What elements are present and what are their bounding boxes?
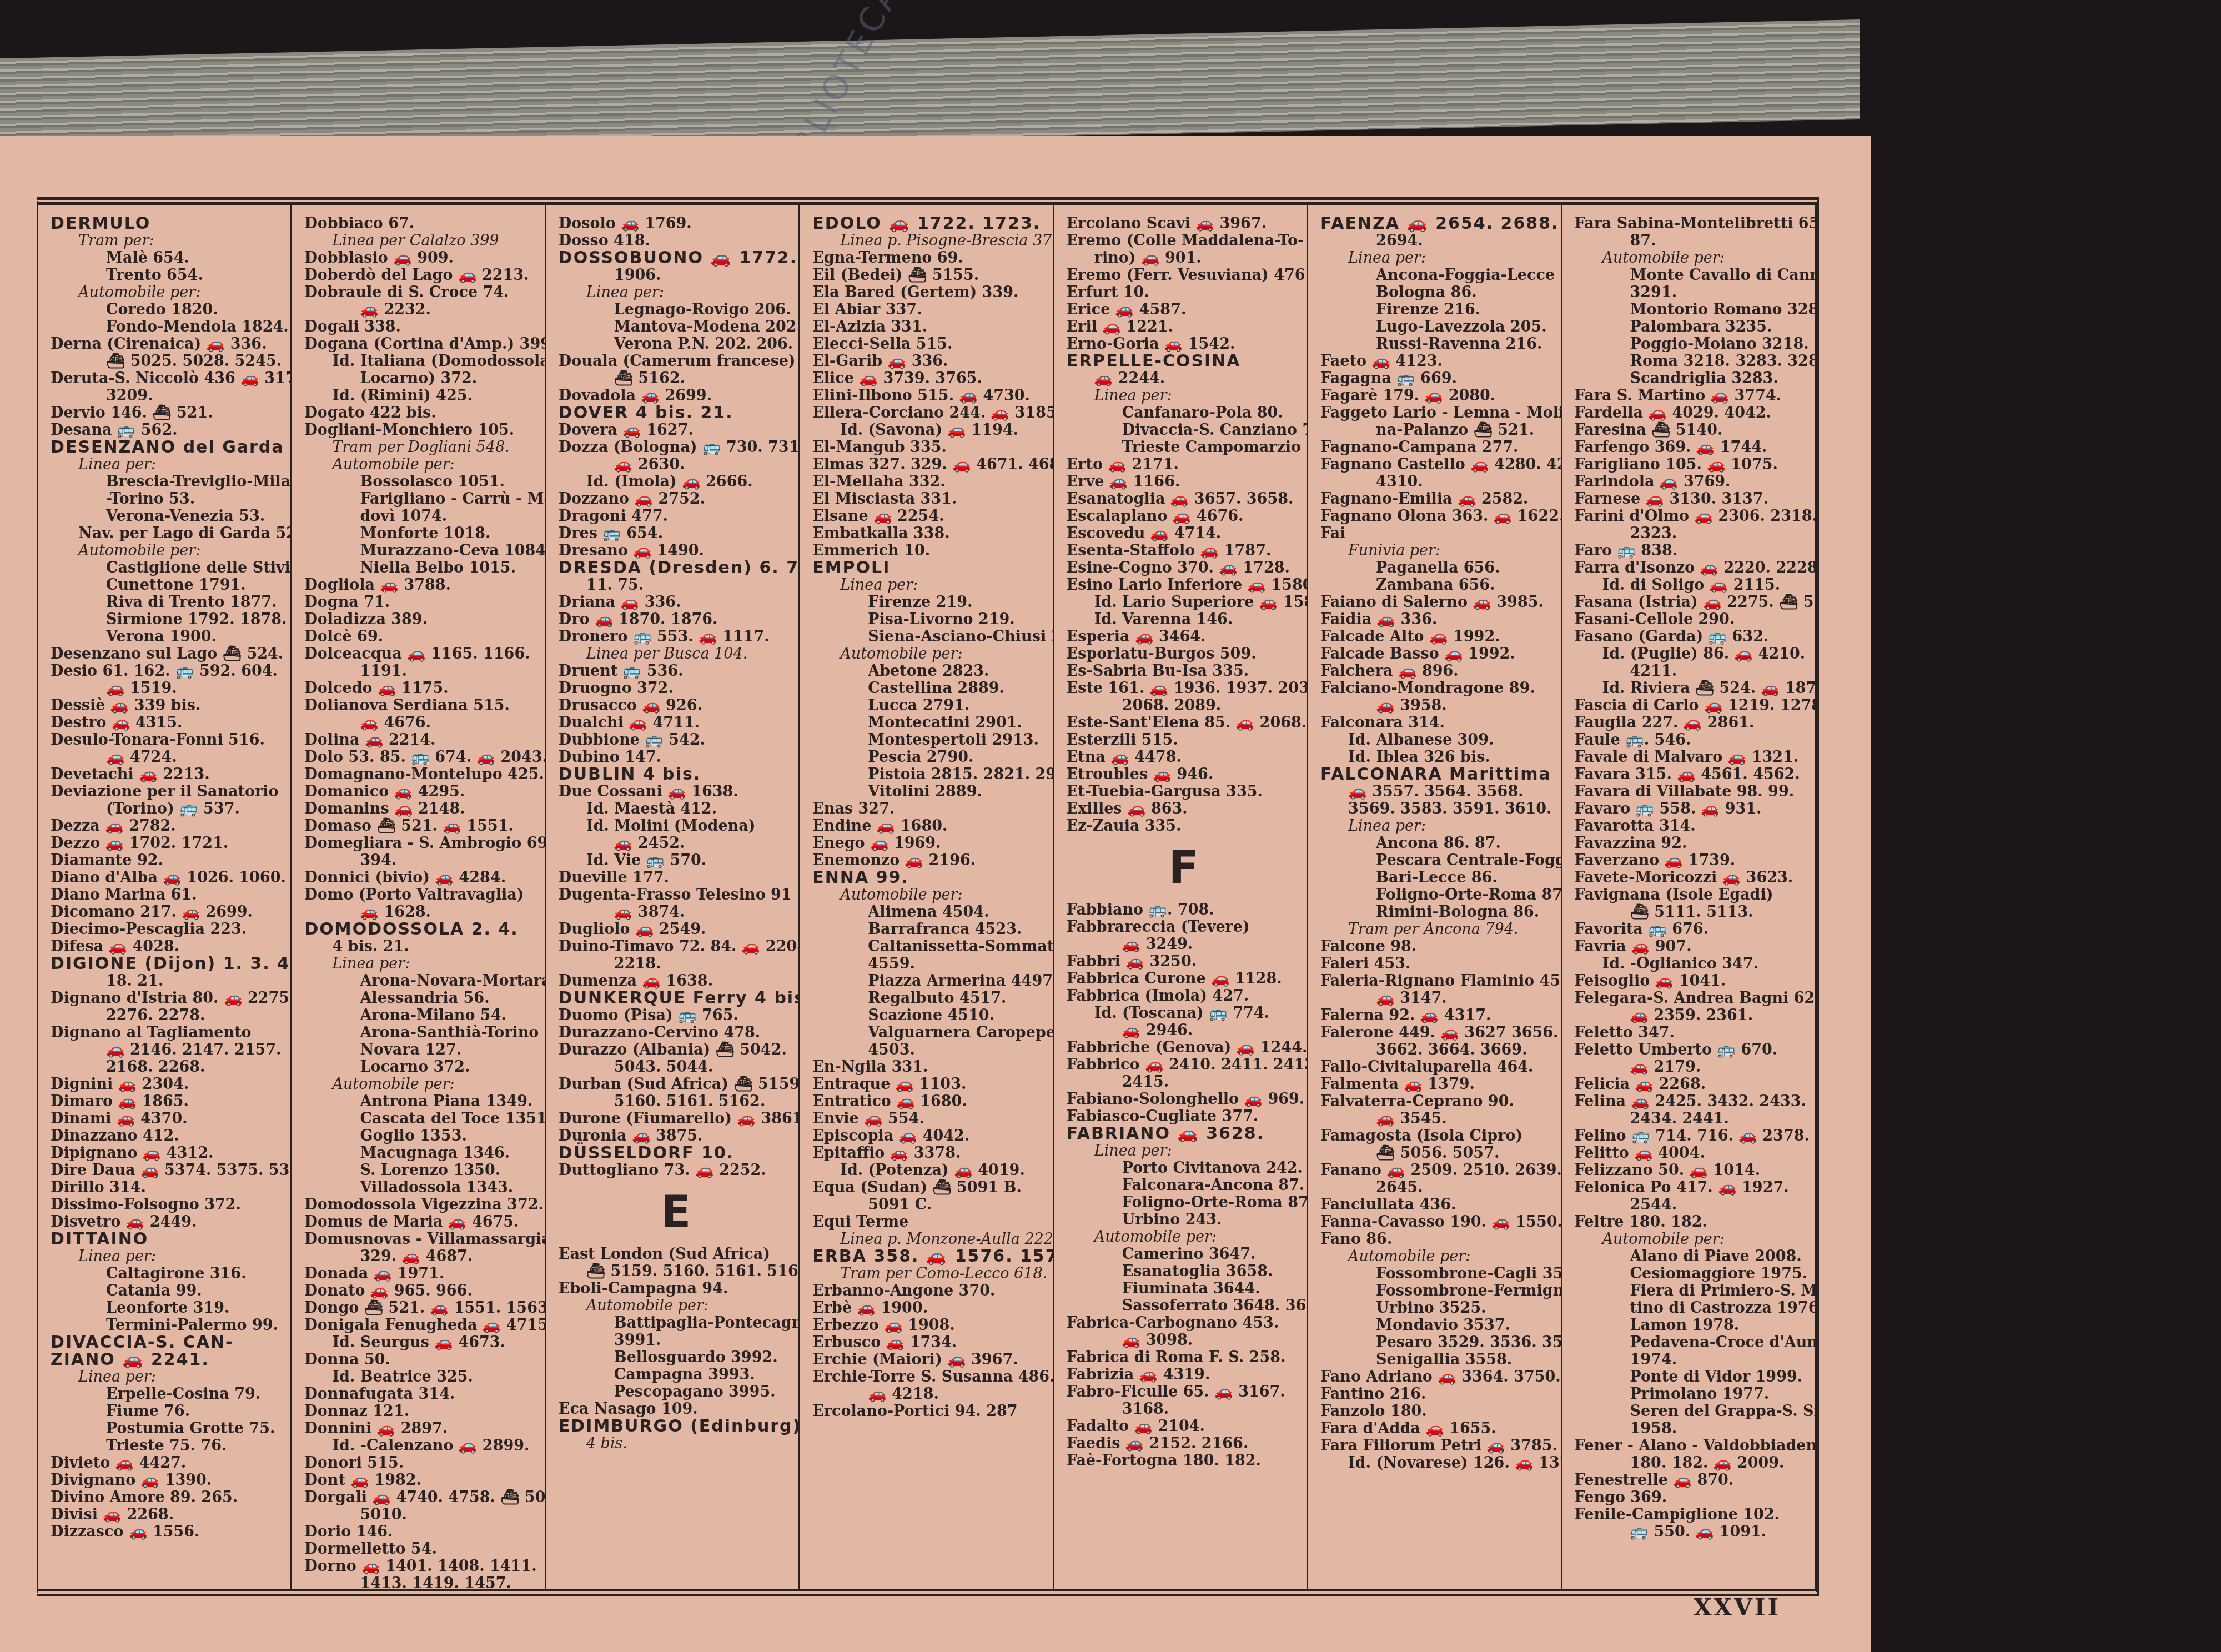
index-entry: Elsane 🚗 2254. [812, 508, 1047, 525]
index-entry: Feletto 347. [1575, 1024, 1809, 1041]
index-entry: 2694. [1320, 232, 1555, 249]
index-entry: Divieto 🚗 4427. [51, 1454, 285, 1472]
index-entry: Envie 🚗 554. [812, 1110, 1047, 1127]
station-heading: DRESDA (Dresden) 6. 7. [559, 559, 793, 576]
index-entry: Eremo (Ferr. Vesuviana) 476. [1067, 267, 1301, 284]
index-entry: Faedis 🚗 2152. 2166. [1067, 1435, 1301, 1452]
index-entry: Automobile per: [1575, 249, 1809, 267]
station-heading: ERPELLE-COSINA [1067, 353, 1301, 370]
index-entry: Fabbiano 🚌. 708. [1067, 901, 1301, 918]
index-entry: Pescia 2790. [812, 749, 1047, 766]
index-entry: Fondo-Mendola 1824. [51, 318, 285, 335]
page-number: XXVII [1694, 1594, 1781, 1621]
index-entry: Esanatoglia 3658. [1067, 1263, 1301, 1280]
index-entry: Elice 🚗 3739. 3765. [812, 370, 1047, 387]
index-entry: Automobile per: [1320, 1248, 1555, 1265]
index-entry: Linea per: [51, 1248, 285, 1265]
index-entry: Dres 🚌 654. [559, 525, 793, 542]
index-entry: Dolcedo 🚗 1175. [304, 680, 539, 697]
index-entry: 1191. [304, 662, 539, 680]
index-entry: Falchera 🚗 896. [1320, 662, 1555, 680]
section-letter: E [559, 1179, 793, 1246]
index-entry: 394. [304, 852, 539, 869]
index-entry: El-Mangub 335. [812, 439, 1047, 456]
index-entry: Etroubles 🚗 946. [1067, 766, 1301, 783]
index-entry: Deruta-S. Niccolò 436 🚗 3179. [51, 370, 285, 387]
index-entry: Linea per: [1067, 1142, 1301, 1159]
index-entry: 2434. 2441. [1575, 1110, 1809, 1127]
index-entry: Automobile per: [1575, 1231, 1809, 1248]
index-entry: Seren del Grappa-S. Siro [1575, 1403, 1809, 1420]
index-entry: Bellosguardo 3992. [559, 1349, 793, 1366]
index-entry: Erbanno-Angone 370. [812, 1282, 1047, 1299]
index-entry: 1413. 1419. 1457. [304, 1575, 539, 1589]
index-entry: El-Azizia 331. [812, 318, 1047, 335]
index-entry: 2415. [1067, 1073, 1301, 1091]
index-entry: Elmas 327. 329. 🚗 4671. 4683. [812, 456, 1047, 473]
index-entry: Favete-Moricozzi 🚗 3623. [1575, 869, 1809, 886]
index-entry: Dobblasio 🚗 909. [304, 249, 539, 267]
index-entry: Linea p. Monzone-Aulla 222. [812, 1231, 1047, 1248]
index-entry: Equa (Sudan) ⛴ 5091 B. [812, 1179, 1047, 1196]
index-entry: 1974. [1575, 1351, 1809, 1368]
index-column-1: DERMULOTram per:Malè 654.Trento 654.Auto… [38, 205, 292, 1589]
index-entry: Elini-Ilbono 515. 🚗 4730. [812, 387, 1047, 404]
index-entry: Falcade Alto 🚗 1992. [1320, 628, 1555, 645]
index-entry: Esino Lario Inferiore 🚗 1580. [1067, 576, 1301, 594]
index-entry: Dovera 🚗 1627. [559, 421, 793, 439]
index-entry: Fanciullata 436. [1320, 1196, 1555, 1213]
index-entry: 🚗 3147. [1320, 990, 1555, 1007]
index-entry: Domanico 🚗 4295. [304, 783, 539, 800]
index-entry: rino) 🚗 901. [1067, 249, 1301, 267]
index-entry: Embatkalla 338. [812, 525, 1047, 542]
index-entry: Difesa 🚗 4028. [51, 938, 285, 955]
index-entry: Linea per: [51, 1368, 285, 1385]
index-entry: 4310. [1320, 473, 1555, 490]
index-entry: 4 bis. [559, 1435, 793, 1452]
index-entry: Enas 327. [812, 800, 1047, 817]
index-entry: Fasano (Garda) 🚌 632. [1575, 628, 1809, 645]
index-entry: Fanna-Cavasso 190. 🚗 1550. [1320, 1213, 1555, 1231]
index-entry: Erbusco 🚗 1734. [812, 1334, 1047, 1351]
index-entry: Dervio 146. ⛴ 521. [51, 404, 285, 421]
index-entry: Fossombrone-Cagli 3536. [1320, 1265, 1555, 1282]
station-heading: DITTAINO [51, 1231, 285, 1248]
index-entry: Donna 50. [304, 1351, 539, 1368]
index-entry: Trento 654. [51, 267, 285, 284]
index-entry: Novara 127. [304, 1041, 539, 1058]
index-entry: Farigliano - Carrù - Mon- [304, 490, 539, 508]
index-entry: Dormelletto 54. [304, 1540, 539, 1558]
index-entry: Dezza 🚗 2782. [51, 817, 285, 835]
index-entry: Felonica Po 417. 🚗 1927. [1575, 1179, 1809, 1196]
index-entry: 5160. 5161. 5162. [559, 1093, 793, 1110]
index-entry: Fiume 76. [51, 1403, 285, 1420]
index-entry: 🚗 1519. [51, 680, 285, 697]
index-entry: Montecatini 2901. [812, 714, 1047, 731]
index-entry: Et-Tuebia-Gargusa 335. [1067, 783, 1301, 800]
index-entry: Dozza (Bologna) 🚌 730. 731. [559, 439, 793, 456]
index-entry: Id. (Savona) 🚗 1194. [812, 421, 1047, 439]
index-entry: 2645. [1320, 1179, 1555, 1196]
index-entry: Funivia per: [1320, 542, 1555, 559]
index-entry: Faro 🚌 838. [1575, 542, 1809, 559]
index-entry: Castellina 2889. [812, 680, 1047, 697]
index-entry: Brescia-Treviglio-Milano [51, 473, 285, 490]
station-heading: DIGIONE (Dijon) 1. 3. 4. [51, 955, 285, 972]
index-entry: Locarno 372. [304, 1058, 539, 1076]
index-entry: Domodossola Vigezzina 372. [304, 1196, 539, 1213]
index-entry: Dogliani-Monchiero 105. [304, 421, 539, 439]
index-entry: Falerone 449. 🚗 3627 3656. [1320, 1024, 1555, 1041]
index-entry: Falconara 314. [1320, 714, 1555, 731]
index-entry: Epitaffio 🚗 3378. [812, 1144, 1047, 1162]
index-entry: Firenze 216. [1320, 301, 1555, 318]
index-entry: 🚗 2359. 2361. [1575, 1007, 1809, 1024]
index-entry: Dovadola 🚗 2699. [559, 387, 793, 404]
index-entry: 🚗 2179. [1575, 1058, 1809, 1076]
index-entry: 🚗 4724. [51, 749, 285, 766]
index-entry: Fara d'Adda 🚗 1655. [1320, 1420, 1555, 1437]
index-entry: El-Mellaha 332. [812, 473, 1047, 490]
index-entry: Id. Albanese 309. [1320, 731, 1555, 749]
index-entry: Postumia Grotte 75. [51, 1420, 285, 1437]
index-entry: 2544. [1575, 1196, 1809, 1213]
index-entry: Due Cossani 🚗 1638. [559, 783, 793, 800]
index-entry: Favria 🚗 907. [1575, 938, 1809, 955]
index-entry: 3662. 3664. 3669. [1320, 1041, 1555, 1058]
index-entry: Erice 🚗 4587. [1067, 301, 1301, 318]
index-entry: Durban (Sud Africa) ⛴ 5159. [559, 1076, 793, 1093]
index-entry: Pistoia 2815. 2821. 2901. [812, 766, 1047, 783]
station-heading: DOSSOBUONO 🚗 1772. [559, 249, 793, 267]
section-letter: F [1067, 835, 1301, 901]
index-entry: Favaro 🚌 558. 🚗 931. [1575, 800, 1809, 817]
index-entry: Falvaterra-Ceprano 90. [1320, 1093, 1555, 1110]
index-entry: East London (Sud Africa) [559, 1246, 793, 1263]
index-entry: 2276. 2278. [51, 1007, 285, 1024]
index-entry: Driana 🚗 336. [559, 594, 793, 611]
index-entry: 🚗 4218. [812, 1385, 1047, 1403]
index-entry: Tram per Dogliani 548. [304, 439, 539, 456]
index-entry: Esterzili 515. [1067, 731, 1301, 749]
index-entry: Falconara-Ancona 87. [1067, 1177, 1301, 1194]
index-entry: 5010. [304, 1506, 539, 1523]
index-column-4: EDOLO 🚗 1722. 1723.Linea p. Pisogne-Bres… [800, 205, 1054, 1589]
index-entry: Dobraule di S. Croce 74. [304, 284, 539, 301]
station-heading: DOVER 4 bis. 21. [559, 404, 793, 421]
index-entry: Feltre 180. 182. [1575, 1213, 1809, 1231]
index-entry: Faggeto Lario - Lemna - Moli- [1320, 404, 1555, 421]
index-entry: Senigallia 3558. [1320, 1351, 1555, 1368]
index-entry: Erchie (Maiori) 🚗 3967. [812, 1351, 1047, 1368]
index-entry: Ancona-Foggia-Lecce 86. [1320, 267, 1555, 284]
index-entry: Arona-Santhià-Torino 55. [304, 1024, 539, 1041]
index-entry: Id. (Imola) 🚗 2666. [559, 473, 793, 490]
index-entry: Eril 🚗 1221. [1067, 318, 1301, 335]
index-entry: Dignano al Tagliamento [51, 1024, 285, 1041]
index-entry: Favorita 🚌 676. [1575, 921, 1809, 938]
station-heading: FAENZA 🚗 2654. 2688. [1320, 215, 1555, 232]
index-entry: 18. 21. [51, 972, 285, 990]
index-entry: (Torino) 🚌 537. [51, 800, 285, 817]
station-heading: DÜSSELDORF 10. [559, 1144, 793, 1162]
index-entry: Bologna 86. [1320, 284, 1555, 301]
index-entry: Dolceacqua 🚗 1165. 1166. [304, 645, 539, 662]
index-entry: Felicia 🚗 2268. [1575, 1076, 1809, 1093]
index-entry: Rimini-Bologna 86. [1320, 903, 1555, 921]
index-entry: El Misciasta 331. [812, 490, 1047, 508]
index-entry: Fabiano-Solonghello 🚗 969. [1067, 1091, 1301, 1108]
index-entry: Farnese 🚗 3130. 3137. [1575, 490, 1809, 508]
index-entry: Douala (Camerum francese) [559, 353, 793, 370]
index-entry: Fara Sabina-Montelibretti 65. [1575, 215, 1809, 232]
index-entry: Linea per: [812, 576, 1047, 594]
index-entry: 4559. [812, 955, 1047, 972]
index-entry: Faeto 🚗 4123. [1320, 353, 1555, 370]
index-entry: 🚗 3958. [1320, 697, 1555, 714]
index-entry: 1906. [559, 267, 793, 284]
index-column-6: FAENZA 🚗 2654. 2688.2694.Linea per:Ancon… [1308, 205, 1562, 1589]
index-entry: Monte Cavallo di Canneto [1575, 267, 1809, 284]
index-entry: Drusacco 🚗 926. [559, 697, 793, 714]
index-entry: Elecci-Sella 515. [812, 335, 1047, 353]
index-entry: Favarotta 314. [1575, 817, 1809, 835]
index-entry: Fener - Alano - Valdobbiadene [1575, 1437, 1809, 1454]
index-entry: Id. di Soligo 🚗 2115. [1575, 576, 1809, 594]
index-entry: Pesaro 3529. 3536. 3551. [1320, 1334, 1555, 1351]
index-entry: Felina 🚗 2425. 3432. 2433. [1575, 1093, 1809, 1110]
index-entry: Escalaplano 🚗 4676. [1067, 508, 1301, 525]
index-entry: Fabrica di Roma F. S. 258. [1067, 1349, 1301, 1366]
index-entry: Vitolini 2889. [812, 783, 1047, 800]
index-frame: DERMULOTram per:Malè 654.Trento 654.Auto… [37, 197, 1819, 1596]
index-entry: ⛴ 5025. 5028. 5245. [51, 353, 285, 370]
index-entry: Donnici (bivio) 🚗 4284. [304, 869, 539, 886]
index-entry: Catania 99. [51, 1282, 285, 1299]
index-entry: Dolcè 69. [304, 628, 539, 645]
index-entry: Duino-Timavo 72. 84. 🚗 2208. [559, 938, 793, 955]
index-entry: Fagagna 🚌 669. [1320, 370, 1555, 387]
index-entry: Dorgali 🚗 4740. 4758. ⛴ 5006. [304, 1489, 539, 1506]
index-entry: Etna 🚗 4478. [1067, 749, 1301, 766]
station-heading: EDOLO 🚗 1722. 1723. [812, 215, 1047, 232]
index-entry: Durazzo (Albania) ⛴ 5042. [559, 1041, 793, 1058]
index-entry: Urbino 3525. [1320, 1299, 1555, 1317]
index-entry: El-Garib 🚗 336. [812, 353, 1047, 370]
index-entry: Fenestrelle 🚗 870. [1575, 1472, 1809, 1489]
index-entry: ⛴ 5056. 5057. [1320, 1144, 1555, 1162]
index-entry: Feisoglio 🚗 1041. [1575, 972, 1809, 990]
index-entry: Fossombrone-Fermignano- [1320, 1282, 1555, 1299]
index-entry: Montorio Romano 3284. [1575, 301, 1809, 318]
index-entry: Fabrizia 🚗 4319. [1067, 1366, 1301, 1383]
index-entry: 3209. [51, 387, 285, 404]
index-entry: Fascia di Carlo 🚗 1219. 1278. [1575, 697, 1809, 714]
index-entry: Russi-Ravenna 216. [1320, 335, 1555, 353]
index-entry: 329. 🚗 4687. [304, 1248, 539, 1265]
index-entry: Siena-Asciano-Chiusi 220. [812, 628, 1047, 645]
index-entry: Verona P.N. 202. 206. [559, 335, 793, 353]
index-entry: Dragoni 477. [559, 508, 793, 525]
station-heading: FALCONARA Marittima [1320, 766, 1555, 783]
index-entry: Ponte di Vidor 1999. [1575, 1368, 1809, 1385]
index-entry: Mondavio 3537. [1320, 1317, 1555, 1334]
index-entry: Durazzano-Cervino 478. [559, 1024, 793, 1041]
index-entry: Id. Molini (Modena) [559, 817, 793, 835]
index-entry: Porto Civitanova 242. [1067, 1159, 1301, 1177]
index-entry: Dizzasco 🚗 1556. [51, 1523, 285, 1540]
index-entry: 3168. [1067, 1400, 1301, 1418]
index-entry: Fabiasco-Cugliate 377. [1067, 1108, 1301, 1125]
index-entry: Dolo 53. 85. 🚌 674. 🚗 2043. [304, 749, 539, 766]
index-entry: 🚗 2146. 2147. 2157. [51, 1041, 285, 1058]
index-entry: S. Lorenzo 1350. [304, 1162, 539, 1179]
station-heading: DUBLIN 4 bis. [559, 766, 793, 783]
index-entry: Id. Vie 🚌 570. [559, 852, 793, 869]
index-entry: Sirmione 1792. 1878. [51, 611, 285, 628]
index-entry: Diano Marina 61. [51, 886, 285, 903]
index-entry: Destro 🚗 4315. [51, 714, 285, 731]
index-entry: Automobile per: [812, 886, 1047, 903]
index-entry: Duttogliano 73. 🚗 2252. [559, 1162, 793, 1179]
index-entry: Roma 3218. 3283. 3284. [1575, 353, 1809, 370]
index-entry: Desenzano sul Lago ⛴ 524. [51, 645, 285, 662]
index-entry: Piazza Armerina 4497. [812, 972, 1047, 990]
index-entry: Tram per Como-Lecco 618. [812, 1265, 1047, 1282]
index-entry: Farigliano 105. 🚗 1075. [1575, 456, 1809, 473]
index-entry: tino di Castrozza 1976. [1575, 1299, 1809, 1317]
index-entry: Felegara-S. Andrea Bagni 62. [1575, 990, 1809, 1007]
index-entry: Fagnano Olona 363. 🚗 1622. [1320, 508, 1555, 525]
index-entry: Foligno-Orte-Roma 87. [1067, 1194, 1301, 1211]
index-column-2: Dobbiaco 67.Linea per Calalzo 399Dobblas… [292, 205, 546, 1589]
index-entry: Id. Italiana (Domodossola- [304, 353, 539, 370]
index-entry: Caltagirone 316. [51, 1265, 285, 1282]
index-entry: Battipaglia-Pontecagnano [559, 1314, 793, 1332]
index-entry: Domus de Maria 🚗 4675. [304, 1213, 539, 1231]
index-entry: 5091 C. [812, 1196, 1047, 1213]
index-entry: Fano 86. [1320, 1231, 1555, 1248]
index-entry: Fengo 369. [1575, 1489, 1809, 1506]
index-entry: Linea per: [304, 955, 539, 972]
index-entry: Riva di Trento 1877. [51, 594, 285, 611]
index-entry: 11. 75. [559, 576, 793, 594]
index-entry: Linea per Busca 104. [559, 645, 793, 662]
index-entry: Dresano 🚗 1490. [559, 542, 793, 559]
index-entry: Falmenta 🚗 1379. [1320, 1076, 1555, 1093]
index-entry: Alano di Piave 2008. [1575, 1248, 1809, 1265]
index-entry: Domegliara - S. Ambrogio 69. [304, 835, 539, 852]
index-entry: Este-Sant'Elena 85. 🚗 2068. [1067, 714, 1301, 731]
index-entry: Fallo-Civitaluparella 464. [1320, 1058, 1555, 1076]
index-entry: Scazione 4510. [812, 1007, 1047, 1024]
index-entry: Pescara Centrale-Foggia- [1320, 852, 1555, 869]
index-entry: Cesiomaggiore 1975. [1575, 1265, 1809, 1282]
index-entry: 4211. [1575, 662, 1809, 680]
index-entry: Farra d'Isonzo 🚗 2220. 2228. [1575, 559, 1809, 576]
index-entry: Felizzano 50. 🚗 1014. [1575, 1162, 1809, 1179]
index-entry: Linea per: [1320, 817, 1555, 835]
index-entry: Antrona Piana 1349. [304, 1093, 539, 1110]
index-entry: na-Palanzo ⛴ 521. [1320, 421, 1555, 439]
index-entry: Caltanissetta-Sommatino [812, 938, 1047, 955]
index-entry: Dissimo-Folsogno 372. [51, 1196, 285, 1213]
index-entry: Falerna 92. 🚗 4317. [1320, 1007, 1555, 1024]
index-entry: Id. -Calenzano 🚗 2899. [304, 1437, 539, 1454]
index-entry: Fenile-Campiglione 102. [1575, 1506, 1809, 1523]
index-entry: Disvetro 🚗 2449. [51, 1213, 285, 1231]
index-entry: Esenta-Staffolo 🚗 1787. [1067, 542, 1301, 559]
index-entry: Linea per Calalzo 399 [304, 232, 539, 249]
index-entry: Dolina 🚗 2214. [304, 731, 539, 749]
index-entry: Malè 654. [51, 249, 285, 267]
station-heading: DERMULO [51, 215, 285, 232]
index-entry: Id. Iblea 326 bis. [1320, 749, 1555, 766]
index-entry: Fabbrico 🚗 2410. 2411. 2413. [1067, 1056, 1301, 1073]
index-entry: Verona 1900. [51, 628, 285, 645]
index-entry: Zambana 656. [1320, 576, 1555, 594]
index-entry: Erto 🚗 2171. [1067, 456, 1301, 473]
index-entry: Devetachi 🚗 2213. [51, 766, 285, 783]
index-entry: Firenze 219. [812, 594, 1047, 611]
index-entry: 🚗 2452. [559, 835, 793, 852]
index-entry: Valguarnera Caropepe [812, 1024, 1047, 1041]
index-entry: Farindola 🚗 3769. [1575, 473, 1809, 490]
index-entry: Eboli-Campagna 94. [559, 1280, 793, 1297]
index-entry: Automobile per: [559, 1297, 793, 1314]
index-entry: Dinazzano 412. [51, 1127, 285, 1144]
index-entry: Fabrica-Carbognano 453. [1067, 1314, 1301, 1332]
index-entry: Dorno 🚗 1401. 1408. 1411. [304, 1558, 539, 1575]
index-entry: Doberdò del Lago 🚗 2213. [304, 267, 539, 284]
index-entry: Tram per Ancona 794. [1320, 921, 1555, 938]
index-entry: Poggio-Moiano 3218. [1575, 335, 1809, 353]
index-entry: Id. (Novarese) 126. 🚗 1375. [1320, 1454, 1555, 1472]
index-entry: Sassoferrato 3648. 3649. [1067, 1297, 1301, 1314]
index-entry: Eca Nasago 109. [559, 1400, 793, 1418]
index-entry: Lamon 1978. [1575, 1317, 1809, 1334]
index-entry: 🚗 1628. [304, 903, 539, 921]
index-entry: Lugo-Lavezzola 205. [1320, 318, 1555, 335]
index-entry: Dire Daua 🚗 5374. 5375. 5376. [51, 1162, 285, 1179]
index-entry: Macugnaga 1346. [304, 1144, 539, 1162]
index-entry: Faidia 🚗 336. [1320, 611, 1555, 628]
index-entry: Erno-Goria 🚗 1542. [1067, 335, 1301, 353]
index-entry: Dinami 🚗 4370. [51, 1110, 285, 1127]
index-entry: Farini d'Olmo 🚗 2306. 2318. [1575, 508, 1809, 525]
index-entry: Fabbriche (Genova) 🚗 1244. [1067, 1039, 1301, 1056]
index-entry: Castiglione delle Stiviere 1787. [51, 559, 285, 576]
index-entry: Id. Maestà 412. [559, 800, 793, 817]
index-entry: Id. Beatrice 325. [304, 1368, 539, 1385]
index-entry: Donato 🚗 965. 966. [304, 1282, 539, 1299]
index-entry: Primolano 1977. [1575, 1385, 1809, 1403]
station-heading: DIVACCIA-S. CAN- [51, 1334, 285, 1351]
index-entry: Linea per: [559, 284, 793, 301]
index-entry: Fiera di Primiero-S. Mar- [1575, 1282, 1809, 1299]
index-entry: 2218. [559, 955, 793, 972]
index-entry: Alessandria 56. [304, 990, 539, 1007]
index-entry: Favale di Malvaro 🚗 1321. [1575, 749, 1809, 766]
index-entry: Fagnano Castello 🚗 4280. 4285 [1320, 456, 1555, 473]
index-entry: Linea per: [1067, 387, 1301, 404]
index-entry: Dugenta-Frasso Telesino 91 [559, 886, 793, 903]
index-entry: Dorio 146. [304, 1523, 539, 1540]
index-entry: 🚗 3545. [1320, 1110, 1555, 1127]
index-entry: Donori 515. [304, 1454, 539, 1472]
